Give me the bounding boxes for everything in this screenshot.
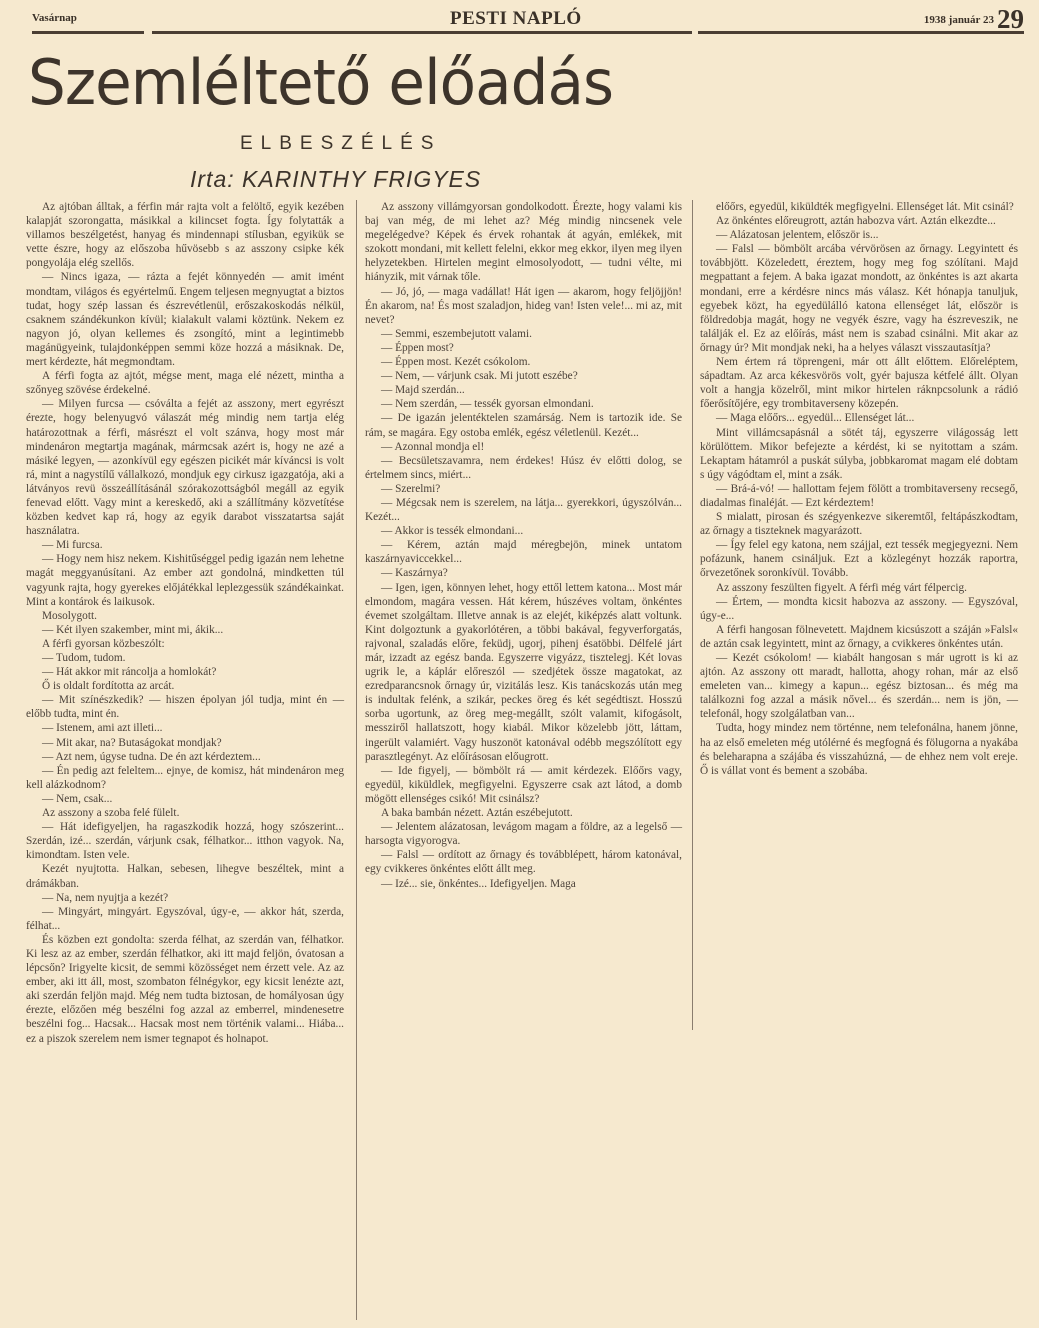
masthead-day: Vasárnap (32, 12, 77, 24)
article-paragraph: — Nincs igaza, — rázta a fejét könnyedén… (26, 270, 344, 369)
article-paragraph: Mint villámcsapásnál a sötét táj, egysze… (700, 426, 1018, 482)
masthead-newspaper-name: PESTI NAPLÓ (450, 8, 582, 30)
column-divider-1 (356, 200, 357, 1320)
article-paragraph: — Becsületszavamra, nem érdekes! Húsz év… (365, 454, 682, 482)
article-paragraph: S mialatt, pirosan és szégyenkezve siker… (700, 510, 1018, 538)
article-paragraph: Az asszony feszülten figyelt. A férfi mé… (700, 581, 1018, 595)
article-paragraph: — Hát idefigyeljen, ha ragaszkodik hozzá… (26, 820, 344, 862)
article-paragraph: — Hát akkor mit ráncolja a homlokát? (26, 665, 344, 679)
article-paragraph: És közben ezt gondolta: szerda félhat, a… (26, 933, 344, 1046)
article-byline: Irta: KARINTHY FRIGYES (190, 166, 481, 193)
article-genre: ELBESZÉLÉS (240, 133, 441, 155)
article-paragraph: — Két ilyen szakember, mint mi, ákik... (26, 623, 344, 637)
article-paragraph: A férfi fogta az ajtót, mégse ment, maga… (26, 369, 344, 397)
article-paragraph: — Mégcsak nem is szerelem, na látja... g… (365, 496, 682, 524)
article-paragraph: — Falsl — bömbölt arcába vérvörösen az ő… (700, 242, 1018, 355)
article-paragraph: A férfi hangosan fölnevetett. Majdnem ki… (700, 623, 1018, 651)
article-paragraph: — Maga előőrs... egyedül... Ellenséget l… (700, 411, 1018, 425)
article-paragraph: — Falsl — ordított az őrnagy és továbblé… (365, 848, 682, 876)
article-paragraph: — Értem, — mondta kicsit habozva az assz… (700, 595, 1018, 623)
article-paragraph: Az asszony villámgyorsan gondolkodott. É… (365, 200, 682, 285)
article-paragraph: előőrs, egyedül, kiküldték megfigyelni. … (700, 200, 1018, 214)
article-paragraph: — Alázatosan jelentem, először is... (700, 228, 1018, 242)
newspaper-page: Vasárnap PESTI NAPLÓ 1938 január 23 29 S… (0, 0, 1039, 1328)
article-paragraph: — Azt nem, úgyse tudna. De én azt kérdez… (26, 750, 344, 764)
article-paragraph: Az ajtóban álltak, a férfin már rajta vo… (26, 200, 344, 270)
article-title: Szemléltető előadás (28, 46, 613, 119)
column-divider-2 (692, 200, 693, 1030)
article-paragraph: — Nem, csak... (26, 792, 344, 806)
article-paragraph: — Én pedig azt feleltem... ejnye, de kom… (26, 764, 344, 792)
article-paragraph: — Jó, jó, — maga vadállat! Hát igen — ak… (365, 285, 682, 327)
article-paragraph: Kezét nyujtotta. Halkan, sebesen, lihegv… (26, 862, 344, 890)
article-paragraph: — Akkor is tessék elmondani... (365, 524, 682, 538)
article-paragraph: — Mit színészkedik? — hiszen épolyan jól… (26, 693, 344, 721)
article-paragraph: — Na, nem nyujtja a kezét? (26, 891, 344, 905)
article-paragraph: — Nem, — várjunk csak. Mi jutott eszébe? (365, 369, 682, 383)
article-paragraph: — Mingyárt, mingyárt. Egyszóval, úgy-e, … (26, 905, 344, 933)
article-paragraph: Nem értem rá töprengeni, már ott állt el… (700, 355, 1018, 411)
article-column-2: Az asszony villámgyorsan gondolkodott. É… (365, 200, 682, 891)
article-paragraph: — Azonnal mondja el! (365, 440, 682, 454)
article-paragraph: Tudta, hogy mindez nem történne, nem tel… (700, 721, 1018, 777)
article-paragraph: — Hogy nem hisz nekem. Kishitűséggel ped… (26, 552, 344, 608)
article-paragraph: Mosolygott. (26, 609, 344, 623)
article-paragraph: — Éppen most? (365, 341, 682, 355)
article-paragraph: — Mit akar, na? Butaságokat mondjak? (26, 736, 344, 750)
article-paragraph: A férfi gyorsan közbeszólt: (26, 637, 344, 651)
article-column-3: előőrs, egyedül, kiküldték megfigyelni. … (700, 200, 1018, 778)
article-paragraph: — Jelentem alázatosan, levágom magam a f… (365, 820, 682, 848)
article-paragraph: — Tudom, tudom. (26, 651, 344, 665)
article-paragraph: — Brá-á-vó! — hallottam fejem fölött a t… (700, 482, 1018, 510)
article-paragraph: — Kezét csókolom! — kiabált hangosan s m… (700, 651, 1018, 721)
article-paragraph: — De igazán jelentéktelen szamárság. Nem… (365, 411, 682, 439)
masthead-rule-left (32, 31, 144, 34)
masthead-rule-center (152, 31, 692, 34)
article-paragraph: — Kaszárnya? (365, 566, 682, 580)
article-paragraph: — Szerelmi? (365, 482, 682, 496)
masthead-rule-right (698, 31, 1024, 34)
article-paragraph: Az asszony a szoba felé fülelt. (26, 806, 344, 820)
article-paragraph: — Izé... sie, önkéntes... Idefigyeljen. … (365, 877, 682, 891)
article-paragraph: Ő is oldalt fordította az arcát. (26, 679, 344, 693)
article-paragraph: — Kérem, aztán majd méregbejön, minek un… (365, 538, 682, 566)
article-paragraph: — Nem szerdán, — tessék gyorsan elmondan… (365, 397, 682, 411)
article-paragraph: — Mi furcsa. (26, 538, 344, 552)
article-paragraph: — Milyen furcsa — csóválta a fejét az as… (26, 397, 344, 538)
article-paragraph: — Ide figyelj, — bömbölt rá — amit kérde… (365, 764, 682, 806)
article-paragraph: — Istenem, ami azt illeti... (26, 721, 344, 735)
masthead-date: 1938 január 23 (924, 14, 994, 26)
article-column-1: Az ajtóban álltak, a férfin már rajta vo… (26, 200, 344, 1046)
article-paragraph: — Majd szerdán... (365, 383, 682, 397)
article-paragraph: A baka bambán nézett. Aztán eszébejutott… (365, 806, 682, 820)
article-paragraph: — Éppen most. Kezét csókolom. (365, 355, 682, 369)
article-paragraph: — Igen, igen, könnyen lehet, hogy ettől … (365, 581, 682, 764)
article-paragraph: — Semmi, eszembejutott valami. (365, 327, 682, 341)
article-paragraph: — Így felel egy katona, nem szájjal, ezt… (700, 538, 1018, 580)
article-paragraph: Az önkéntes előreugrott, aztán habozva v… (700, 214, 1018, 228)
